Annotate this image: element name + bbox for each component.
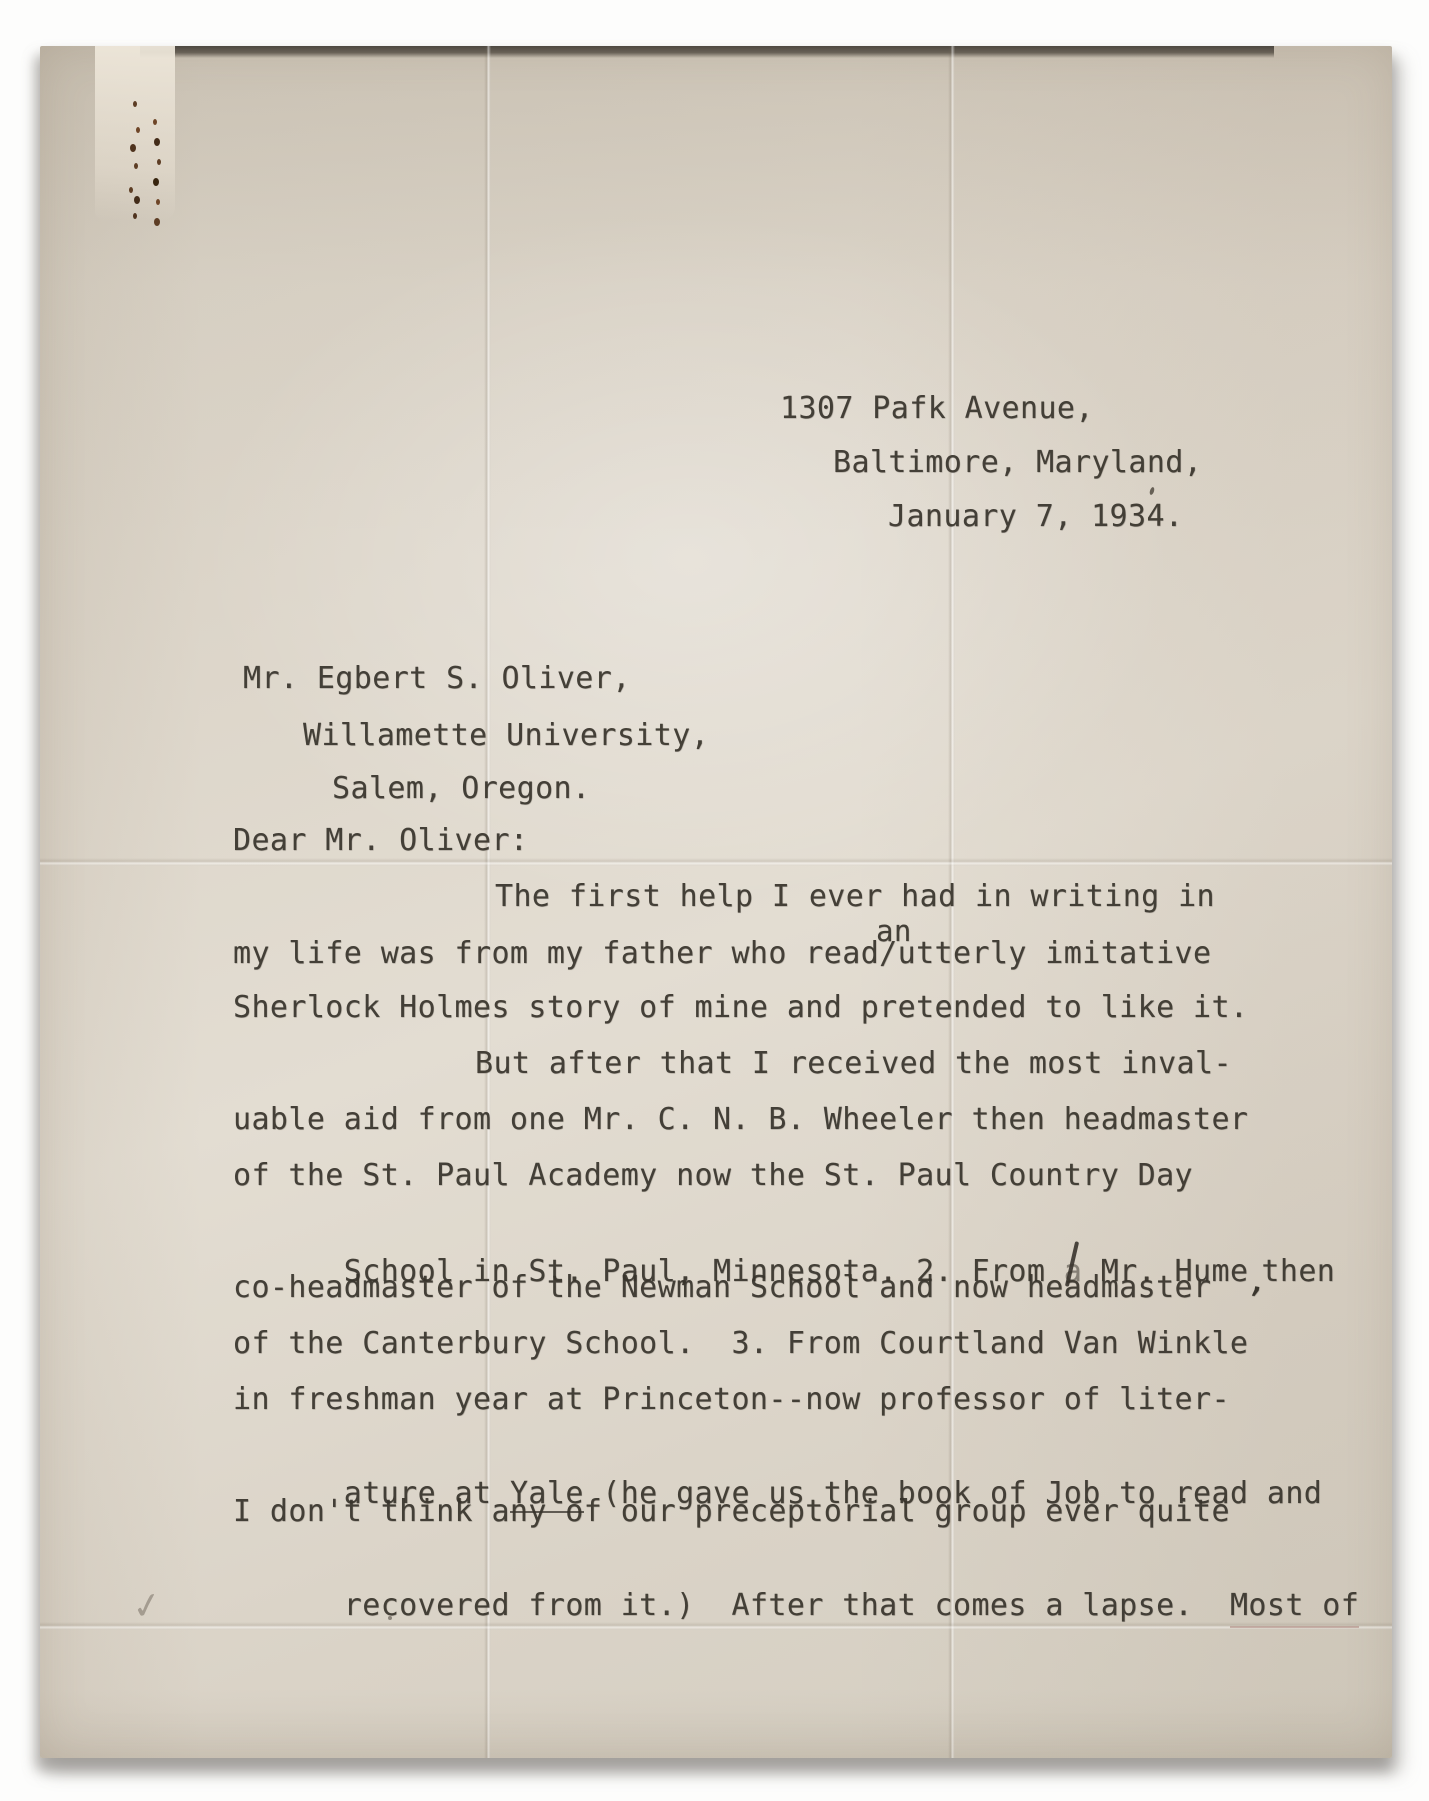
body-line-4: But after that I received the most inval…	[475, 1045, 1232, 1083]
recipient-name: Mr. Egbert S. Oliver,	[243, 660, 631, 698]
body-line-1: The first help I ever had in writing in	[495, 878, 1215, 916]
body-line-10: in freshman year at Princeton--now profe…	[233, 1381, 1230, 1419]
body-line-7-post: then	[1261, 1254, 1335, 1289]
paper-top-edge-shadow	[140, 46, 1274, 58]
sender-address-street: 1307 Pafk Avenue,	[780, 390, 1094, 428]
body-line-6: of the St. Paul Academy now the St. Paul…	[233, 1157, 1193, 1195]
body-line-8: co-headmaster of the Newman School and n…	[233, 1269, 1211, 1307]
body-line-5: uable aid from one Mr. C. N. B. Wheeler …	[233, 1101, 1248, 1139]
sender-address-city: Baltimore, Maryland,	[833, 444, 1202, 482]
letter-page: 1307 Pafk Avenue, Baltimore, Maryland, J…	[40, 46, 1392, 1758]
tape-residue-stain	[95, 46, 175, 221]
paper-bottom-shading	[40, 1688, 1392, 1758]
body-line-13-pre: recovered from it.) After that comes a l…	[344, 1588, 1230, 1623]
recipient-city: Salem, Oregon.	[332, 770, 590, 808]
ink-speck-bottom	[388, 1616, 392, 1620]
stain-specks	[133, 101, 137, 107]
body-line-9: of the Canterbury School. 3. From Courtl…	[233, 1325, 1248, 1363]
pencil-check-mark: ✓	[129, 1584, 166, 1630]
body-line-13: recovered from it.) After that comes a l…	[233, 1549, 1359, 1663]
salutation: Dear Mr. Oliver:	[233, 822, 528, 860]
letter-photograph: 1307 Pafk Avenue, Baltimore, Maryland, J…	[0, 0, 1429, 1801]
body-line-12: I don't think any of our preceptorial gr…	[233, 1493, 1230, 1531]
recipient-institution: Willamette University,	[303, 717, 709, 755]
letter-date: January 7, 1934.	[888, 498, 1183, 536]
ink-speck-above-date	[1149, 487, 1155, 496]
body-line-3: Sherlock Holmes story of mine and preten…	[233, 989, 1248, 1027]
faint-underlined-words-most-of: Most of	[1230, 1588, 1359, 1628]
body-line-2: my life was from my father who read/utte…	[233, 935, 1211, 973]
